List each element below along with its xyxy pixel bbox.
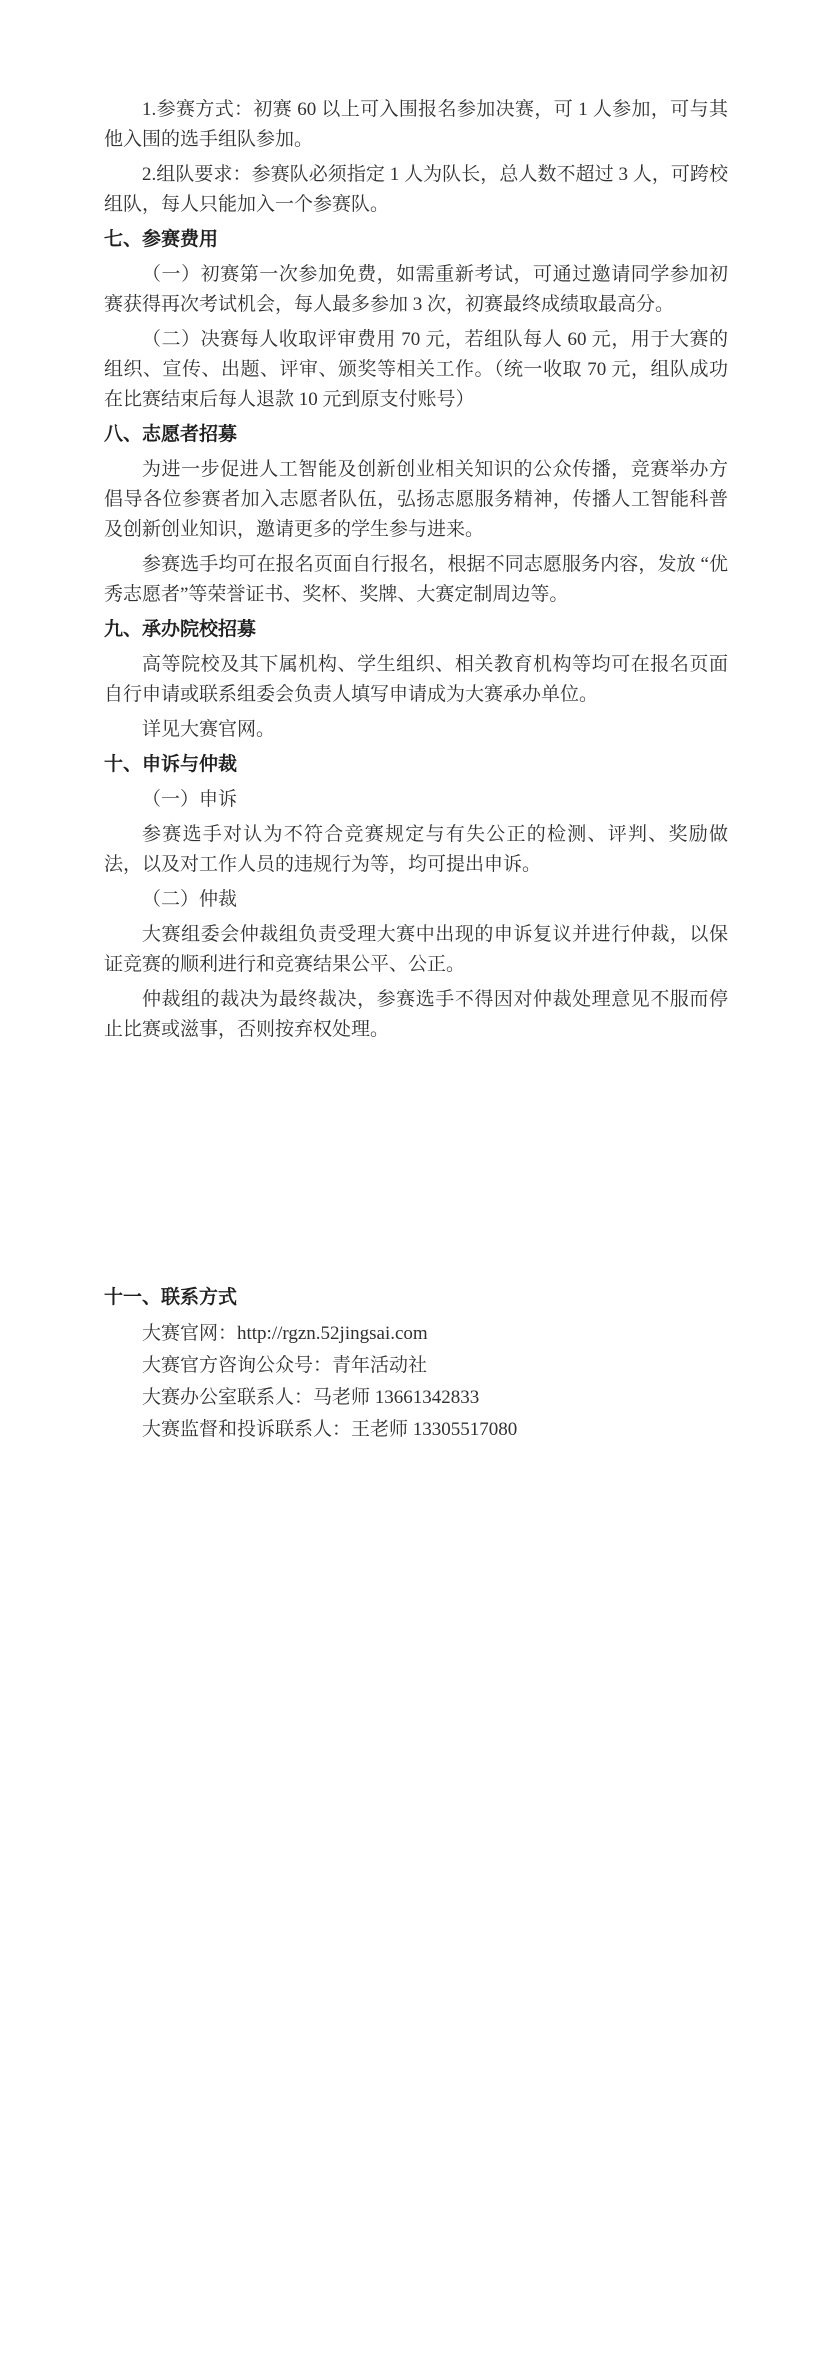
- contact-line: 大赛官方咨询公众号：青年活动社: [104, 1350, 728, 1382]
- section-heading: 十一、联系方式: [104, 1283, 728, 1313]
- body-paragraph: （二）仲裁: [104, 885, 728, 915]
- body-paragraph: 为进一步促进人工智能及创新创业相关知识的公众传播，竞赛举办方倡导各位参赛者加入志…: [104, 455, 728, 545]
- contact-line: 大赛办公室联系人：马老师 13661342833: [104, 1382, 728, 1414]
- section-heading: 七、参赛费用: [104, 225, 728, 255]
- contact-line: 大赛监督和投诉联系人：王老师 13305517080: [104, 1414, 728, 1446]
- contact-line: 大赛官网：http://rgzn.52jingsai.com: [104, 1318, 728, 1350]
- section-heading: 九、承办院校招募: [104, 615, 728, 645]
- body-paragraph: （一）申诉: [104, 785, 728, 815]
- body-paragraph: 2.组队要求：参赛队必须指定 1 人为队长，总人数不超过 3 人，可跨校组队，每…: [104, 160, 728, 220]
- body-paragraph: 高等院校及其下属机构、学生组织、相关教育机构等均可在报名页面自行申请或联系组委会…: [104, 650, 728, 710]
- body-paragraph: 仲裁组的裁决为最终裁决，参赛选手不得因对仲裁处理意见不服而停止比赛或滋事，否则按…: [104, 985, 728, 1045]
- section-heading: 十、申诉与仲裁: [104, 750, 728, 780]
- body-paragraph: 大赛组委会仲裁组负责受理大赛中出现的申诉复议并进行仲裁，以保证竞赛的顺利进行和竞…: [104, 920, 728, 980]
- body-paragraph: 参赛选手对认为不符合竞赛规定与有失公正的检测、评判、奖励做法，以及对工作人员的违…: [104, 820, 728, 880]
- section-heading: 八、志愿者招募: [104, 420, 728, 450]
- document-page: 1.参赛方式：初赛 60 以上可入围报名参加决赛，可 1 人参加，可与其他入围的…: [0, 0, 838, 2360]
- page-break-gap: [104, 1050, 728, 1278]
- content-blocks: 1.参赛方式：初赛 60 以上可入围报名参加决赛，可 1 人参加，可与其他入围的…: [104, 95, 728, 1446]
- body-paragraph: 详见大赛官网。: [104, 715, 728, 745]
- body-paragraph: （二）决赛每人收取评审费用 70 元，若组队每人 60 元，用于大赛的组织、宣传…: [104, 325, 728, 415]
- body-paragraph: （一）初赛第一次参加免费，如需重新考试，可通过邀请同学参加初赛获得再次考试机会，…: [104, 260, 728, 320]
- body-paragraph: 1.参赛方式：初赛 60 以上可入围报名参加决赛，可 1 人参加，可与其他入围的…: [104, 95, 728, 155]
- body-paragraph: 参赛选手均可在报名页面自行报名，根据不同志愿服务内容，发放 “优秀志愿者”等荣誉…: [104, 550, 728, 610]
